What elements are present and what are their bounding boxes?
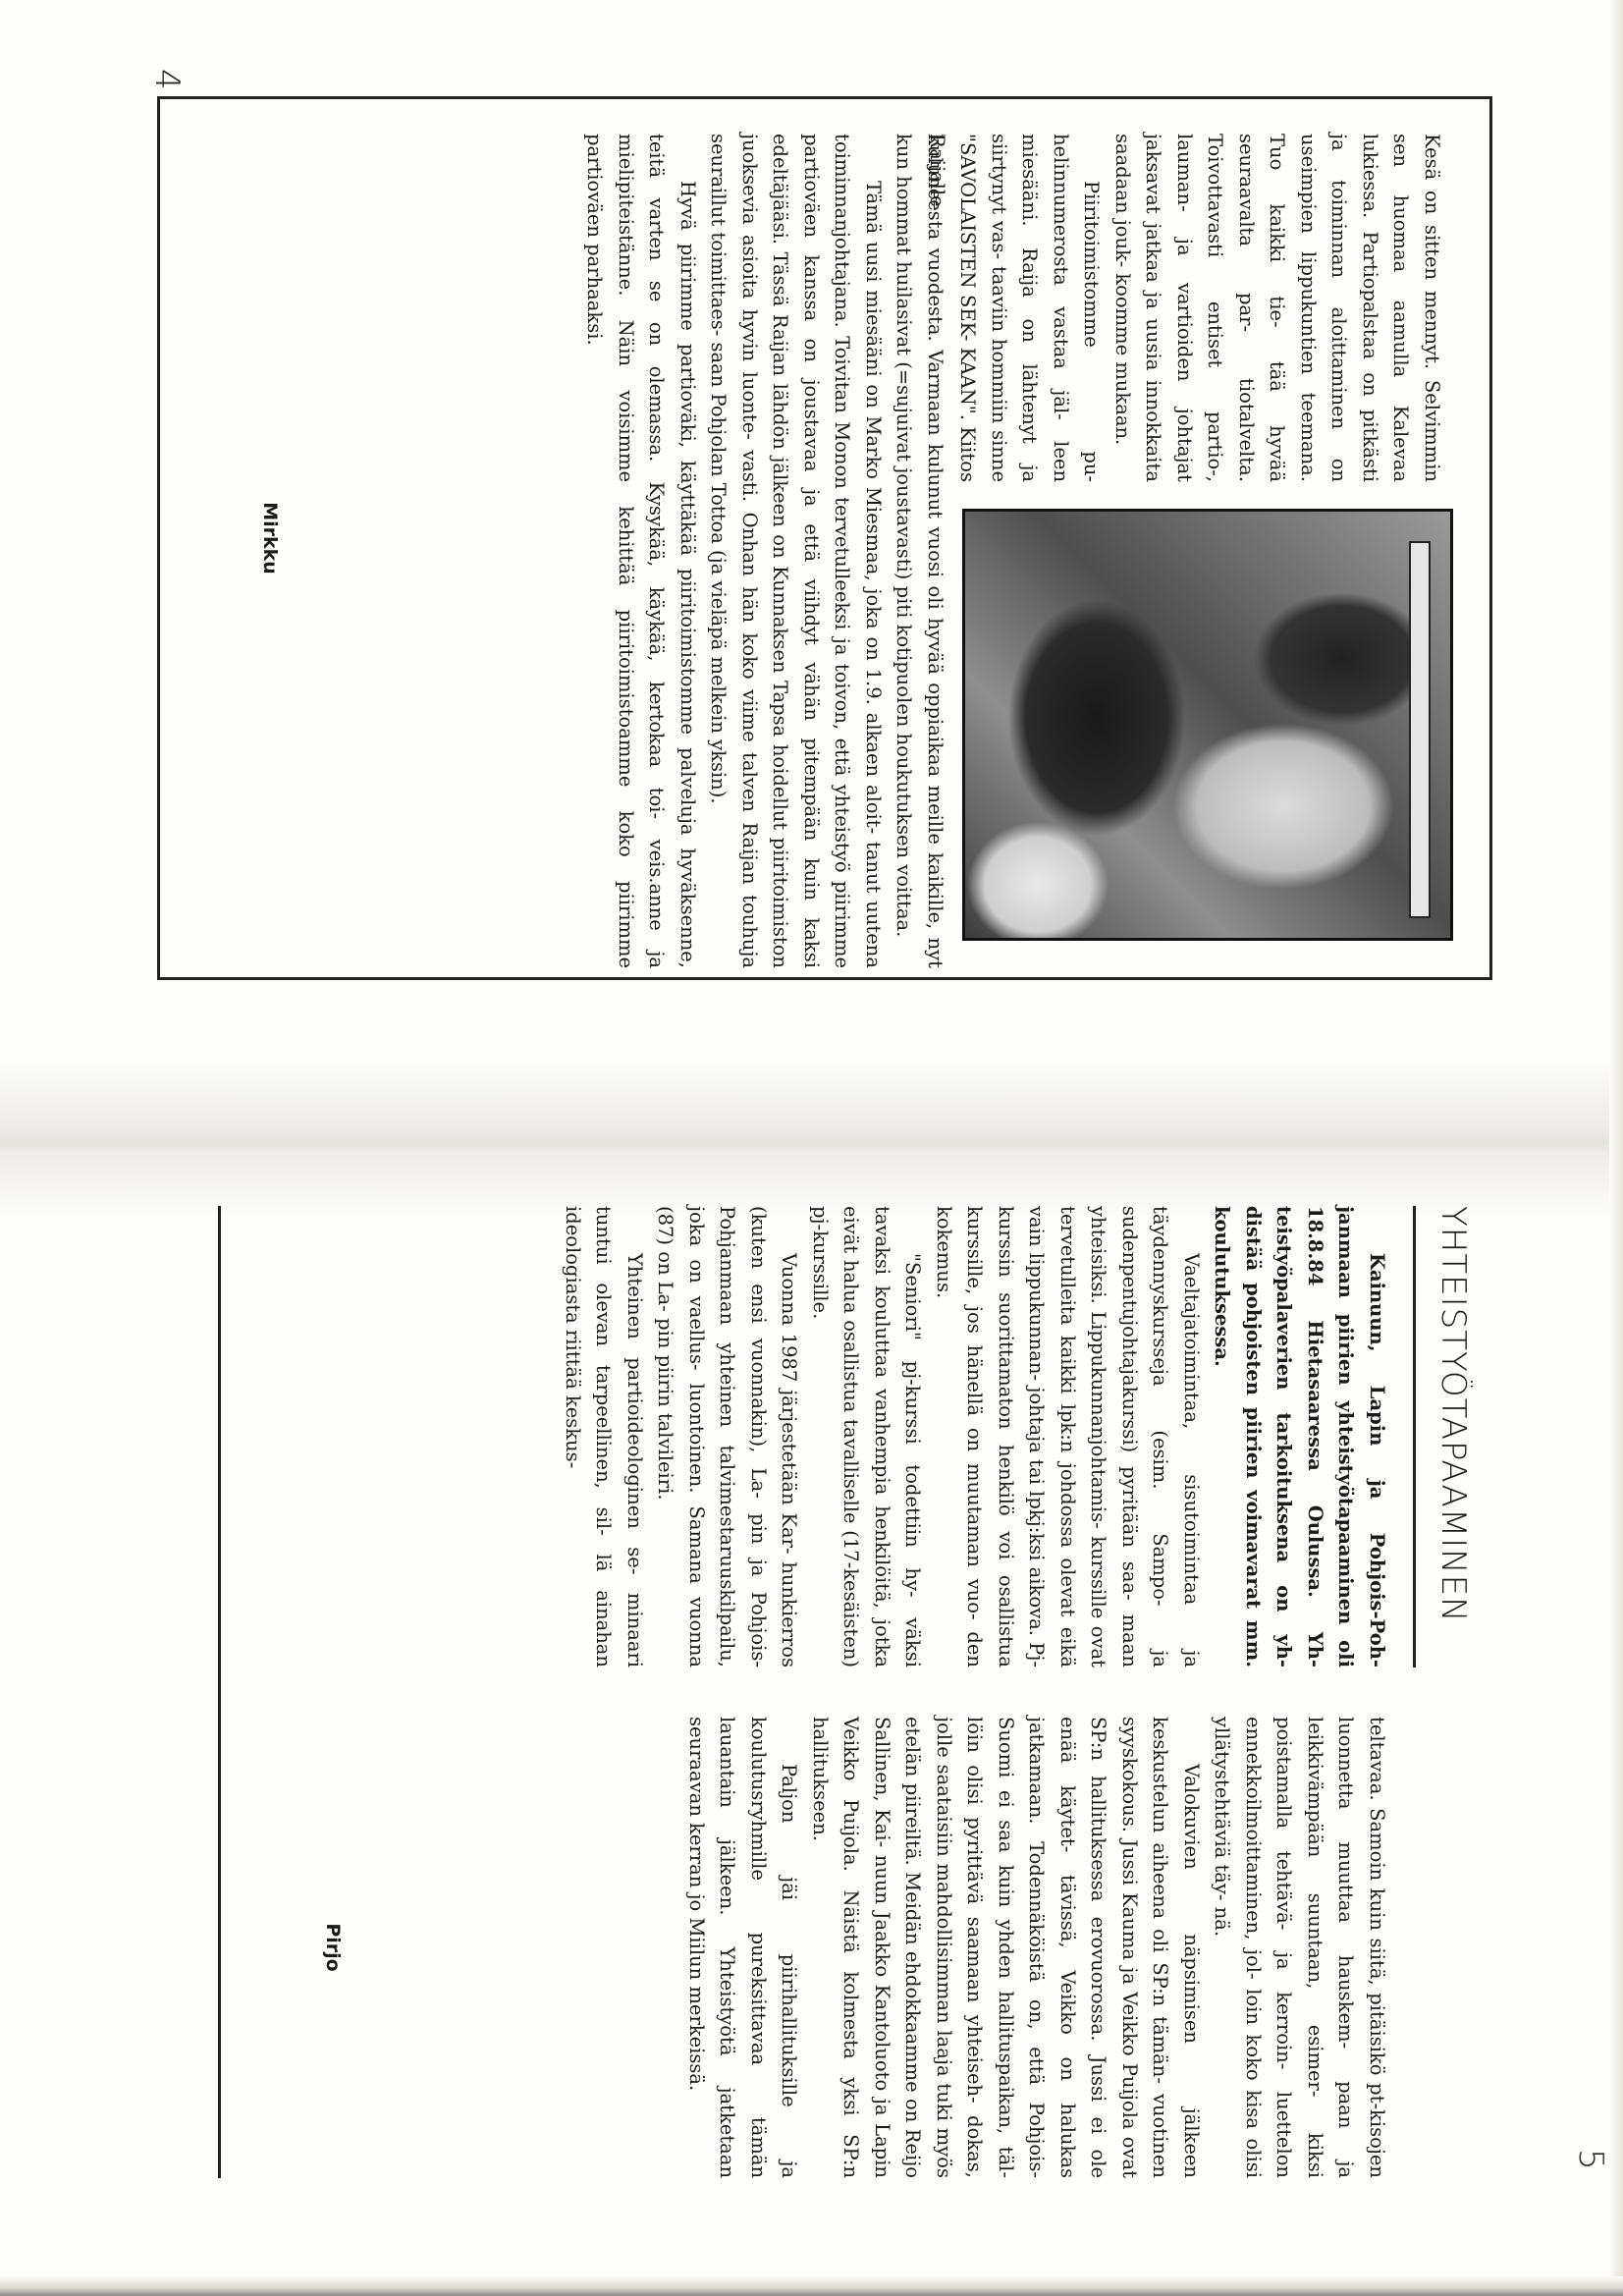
page-fold-shadow [0, 1061, 1623, 1218]
lead-paragraph: Kainuun, Lapin ja Pohjois-Poh- janmaan p… [1207, 1206, 1392, 1667]
photo-shelf [1409, 541, 1431, 918]
paragraph: Yhteinen partioideologinen se- minaari t… [558, 1206, 651, 1667]
article-column-1: Kainuun, Lapin ja Pohjois-Poh- janmaan p… [558, 1206, 1393, 1667]
page-number: 5 [1571, 2149, 1610, 2170]
paragraph: Vuonna 1987 järjestetään Kar- hunkierros… [650, 1206, 805, 1667]
paragraph: "Seniori" pj-kurssi todettiin hy- väksi … [805, 1206, 929, 1667]
paper-edge [1609, 0, 1623, 2296]
paragraph: Hyvä piirimme partioväki, käyttäkää piir… [579, 134, 703, 968]
paragraph: kuluneesta vuodesta. Varmaan kulunut vuo… [889, 134, 950, 968]
page-4: 4 Kesä on sitten mennyt. Selvimmin sen h… [157, 96, 1492, 980]
paragraph: Vaeltajatoimintaa, sisutoimintaa ja täyd… [929, 1206, 1208, 1667]
photo-image [962, 512, 1450, 941]
paragraph: Tämä uusi miesääni on Marko Miesmaa, jok… [703, 134, 889, 968]
body-column: kuluneesta vuodesta. Varmaan kulunut vuo… [579, 134, 950, 968]
title-underline [1413, 1206, 1416, 1667]
paragraph: teltavaa. Samoin kuin siitä, pitäisikö p… [1207, 1717, 1392, 2178]
paragraph: Kesä on sitten mennyt. Selvimmin sen huo… [1108, 134, 1448, 482]
paper-edge-bottom [0, 2276, 1623, 2296]
article-title: YHTEISTYÖTAPAAMINEN [1434, 1206, 1473, 1623]
intro-column: Kesä on sitten mennyt. Selvimmin sen huo… [922, 134, 1448, 482]
photo [962, 509, 1453, 941]
page-number: 4 [147, 69, 187, 90]
paragraph: Paljon jäi piirihallituksille ja koulutu… [681, 1717, 805, 2178]
signature: Pirjo [322, 1717, 344, 2178]
paragraph: Valokuvien näpsimisen jälkeen keskustelu… [805, 1717, 1208, 2178]
page-5: YHTEISTYÖTAPAAMINEN Kainuun, Lapin ja Po… [167, 1206, 1473, 2178]
article-column-2: teltavaa. Samoin kuin siitä, pitäisikö p… [681, 1717, 1393, 2178]
signature: Mirkku [259, 96, 281, 980]
scanned-spread: 4 Kesä on sitten mennyt. Selvimmin sen h… [0, 0, 1623, 2296]
page-bottom-rule [218, 1206, 221, 2178]
